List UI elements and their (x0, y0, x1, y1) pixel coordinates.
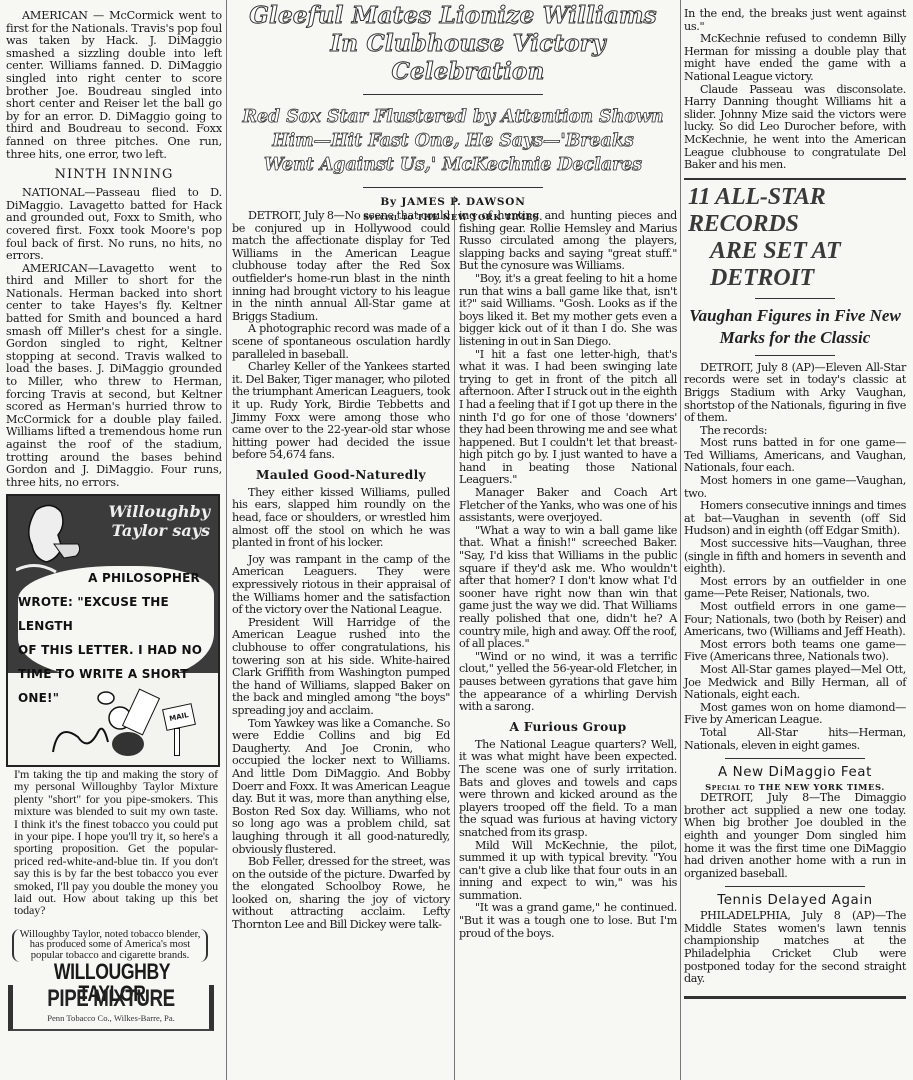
records-paragraph: Most outfield errors in one game—Four; N… (684, 601, 906, 639)
bottom-rule (684, 996, 906, 999)
article-paragraph: Tom Yawkey was like a Comanche. So were … (232, 718, 450, 857)
play-by-play-paragraph: AMERICAN—Lavagetto went to third and Mil… (6, 263, 222, 490)
records-paragraph: Most successive hits—Vaughan, three (sin… (684, 538, 906, 576)
headline-rule (755, 298, 835, 299)
tennis-paragraph: PHILADELPHIA, July 8 (AP)—The Middle Sta… (684, 910, 906, 986)
left-column: AMERICAN — McCormick went to first for t… (6, 10, 222, 489)
ad-script-title: Willoughby Taylor says (108, 502, 210, 540)
records-paragraph: Total All-Star hits—Herman, Nationals, e… (684, 727, 906, 752)
ad-maker: Penn Tobacco Co., Wilkes-Barre, Pa. (13, 1013, 209, 1023)
writer-cartoon-icon (48, 682, 168, 767)
play-by-play-paragraph: NATIONAL—Passeau flied to D. DiMaggio. L… (6, 187, 222, 263)
article-paragraph: President Will Harridge of the American … (232, 617, 450, 718)
records-paragraph: DETROIT, July 8 (AP)—Eleven All-Star rec… (684, 362, 906, 425)
subhead-furious: A Furious Group (459, 720, 677, 734)
ad-script-line: Taylor says (108, 521, 210, 540)
article-paragraph: "Boy, it's a great feeling to hit a home… (459, 273, 677, 349)
ad-quote-line: WROTE: "EXCUSE THE LENGTH (18, 590, 204, 638)
tennis-subhead: Tennis Delayed Again (684, 893, 906, 908)
willoughby-taylor-ad: Willoughby Taylor says A PHILOSOPHER WRO… (6, 494, 220, 767)
article-paragraph: They either kissed Williams, pulled his … (232, 487, 450, 550)
records-headline-line: 11 ALL-STAR RECORDS (684, 184, 906, 238)
right-column: In the end, the breaks just went against… (684, 8, 906, 1003)
ad-product-name: PIPE MIXTURE (35, 985, 188, 1013)
deck-rule (363, 187, 543, 188)
dimaggio-subhead: A New DiMaggio Feat (684, 765, 906, 780)
continuation-paragraph: Claude Passeau was disconsolate. Harry D… (684, 84, 906, 172)
ad-brand-banner: PIPE MIXTURE Penn Tobacco Co., Wilkes-Ba… (8, 985, 214, 1031)
play-by-play-paragraph: AMERICAN — McCormick went to first for t… (6, 10, 222, 161)
ad-quote-line: OF THIS LETTER. I HAD NO (18, 638, 204, 662)
ad-quote-line: A PHILOSOPHER (18, 566, 204, 590)
records-paragraph: Most runs batted in for one game—Ted Wil… (684, 437, 906, 475)
deck-line: Red Sox Star Flustered by Attention Show… (228, 105, 678, 129)
records-paragraph: Most homers in one game—Vaughan, two. (684, 475, 906, 500)
continuation-paragraph: In the end, the breaks just went against… (684, 8, 906, 33)
deck-line: Went Against Us,' McKechnie Declares (228, 153, 678, 177)
subhead-mauled: Mauled Good-Naturedly (232, 468, 450, 482)
headline-rule (363, 94, 543, 95)
mailbox-post (174, 728, 180, 756)
records-deck-line: Vaughan Figures in Five New (684, 305, 906, 327)
byline: By JAMES P. DAWSON (228, 196, 678, 208)
headline-line: In Clubhouse Victory Celebration (228, 30, 678, 86)
column-rule (226, 0, 227, 1080)
ad-body-copy: I'm taking the tip and making the story … (14, 768, 218, 917)
records-deck-line: Marks for the Classic (684, 327, 906, 349)
article-paragraph: Bob Feller, dressed for the street, was … (232, 856, 450, 932)
mailbox-label: MAIL (169, 711, 190, 723)
article-paragraph: "Wind or no wind, it was a terrific clou… (459, 651, 677, 714)
article-paragraph: ing of hunting and hunting pieces and fi… (459, 210, 677, 273)
column-rule (680, 0, 681, 1080)
article-column-2: ing of hunting and hunting pieces and fi… (459, 210, 677, 940)
dimaggio-paragraph: DETROIT, July 8—The Dimaggio brother act… (684, 792, 906, 880)
article-paragraph: Manager Baker and Coach Art Fletcher of … (459, 487, 677, 525)
records-headline-line: ARE SET AT DETROIT (684, 238, 906, 292)
records-paragraph: Most All-Star games played—Mel Ott, Joe … (684, 664, 906, 702)
article-paragraph: The National League quarters? Well, it w… (459, 739, 677, 840)
records-paragraph: Most errors both teams one game—Five (Am… (684, 639, 906, 664)
article-paragraph: Mild Will McKechnie, the pilot, summed i… (459, 840, 677, 903)
article-paragraph: Joy was rampant in the camp of the Ameri… (232, 554, 450, 617)
article-paragraph: Charley Keller of the Yankees started it… (232, 361, 450, 462)
deck-line: Him—Hit Fast One, He Says—'Breaks (228, 129, 678, 153)
column-rule (454, 196, 455, 1080)
article-paragraph: "It was a grand game," he continued. "Bu… (459, 902, 677, 940)
records-paragraph: Homers consecutive innings and times at … (684, 500, 906, 538)
records-paragraph: Most games won on home diamond—Five by A… (684, 702, 906, 727)
article-paragraph: "What a way to win a ball game like that… (459, 525, 677, 651)
ninth-inning-subhead: NINTH INNING (6, 167, 222, 182)
continuation-paragraph: McKechnie refused to condemn Billy Herma… (684, 33, 906, 83)
records-paragraph: Most errors by an outfielder in one game… (684, 576, 906, 601)
section-rule (725, 758, 865, 759)
section-rule (684, 178, 906, 180)
main-headline-block: Gleeful Mates Lionize Williams In Clubho… (228, 2, 678, 222)
article-paragraph: DETROIT, July 8—No scene that could be c… (232, 210, 450, 323)
article-paragraph: A photographic record was made of a scen… (232, 323, 450, 361)
ad-note: Willoughby Taylor, noted tobacco blender… (12, 929, 208, 962)
article-column-1: DETROIT, July 8—No scene that could be c… (232, 210, 450, 932)
section-rule (725, 886, 865, 887)
deck-rule (755, 355, 835, 356)
ad-script-line: Willoughby (108, 502, 210, 521)
article-paragraph: "I hit a fast one letter-high, that's wh… (459, 349, 677, 488)
headline-line: Gleeful Mates Lionize Williams (228, 2, 678, 30)
